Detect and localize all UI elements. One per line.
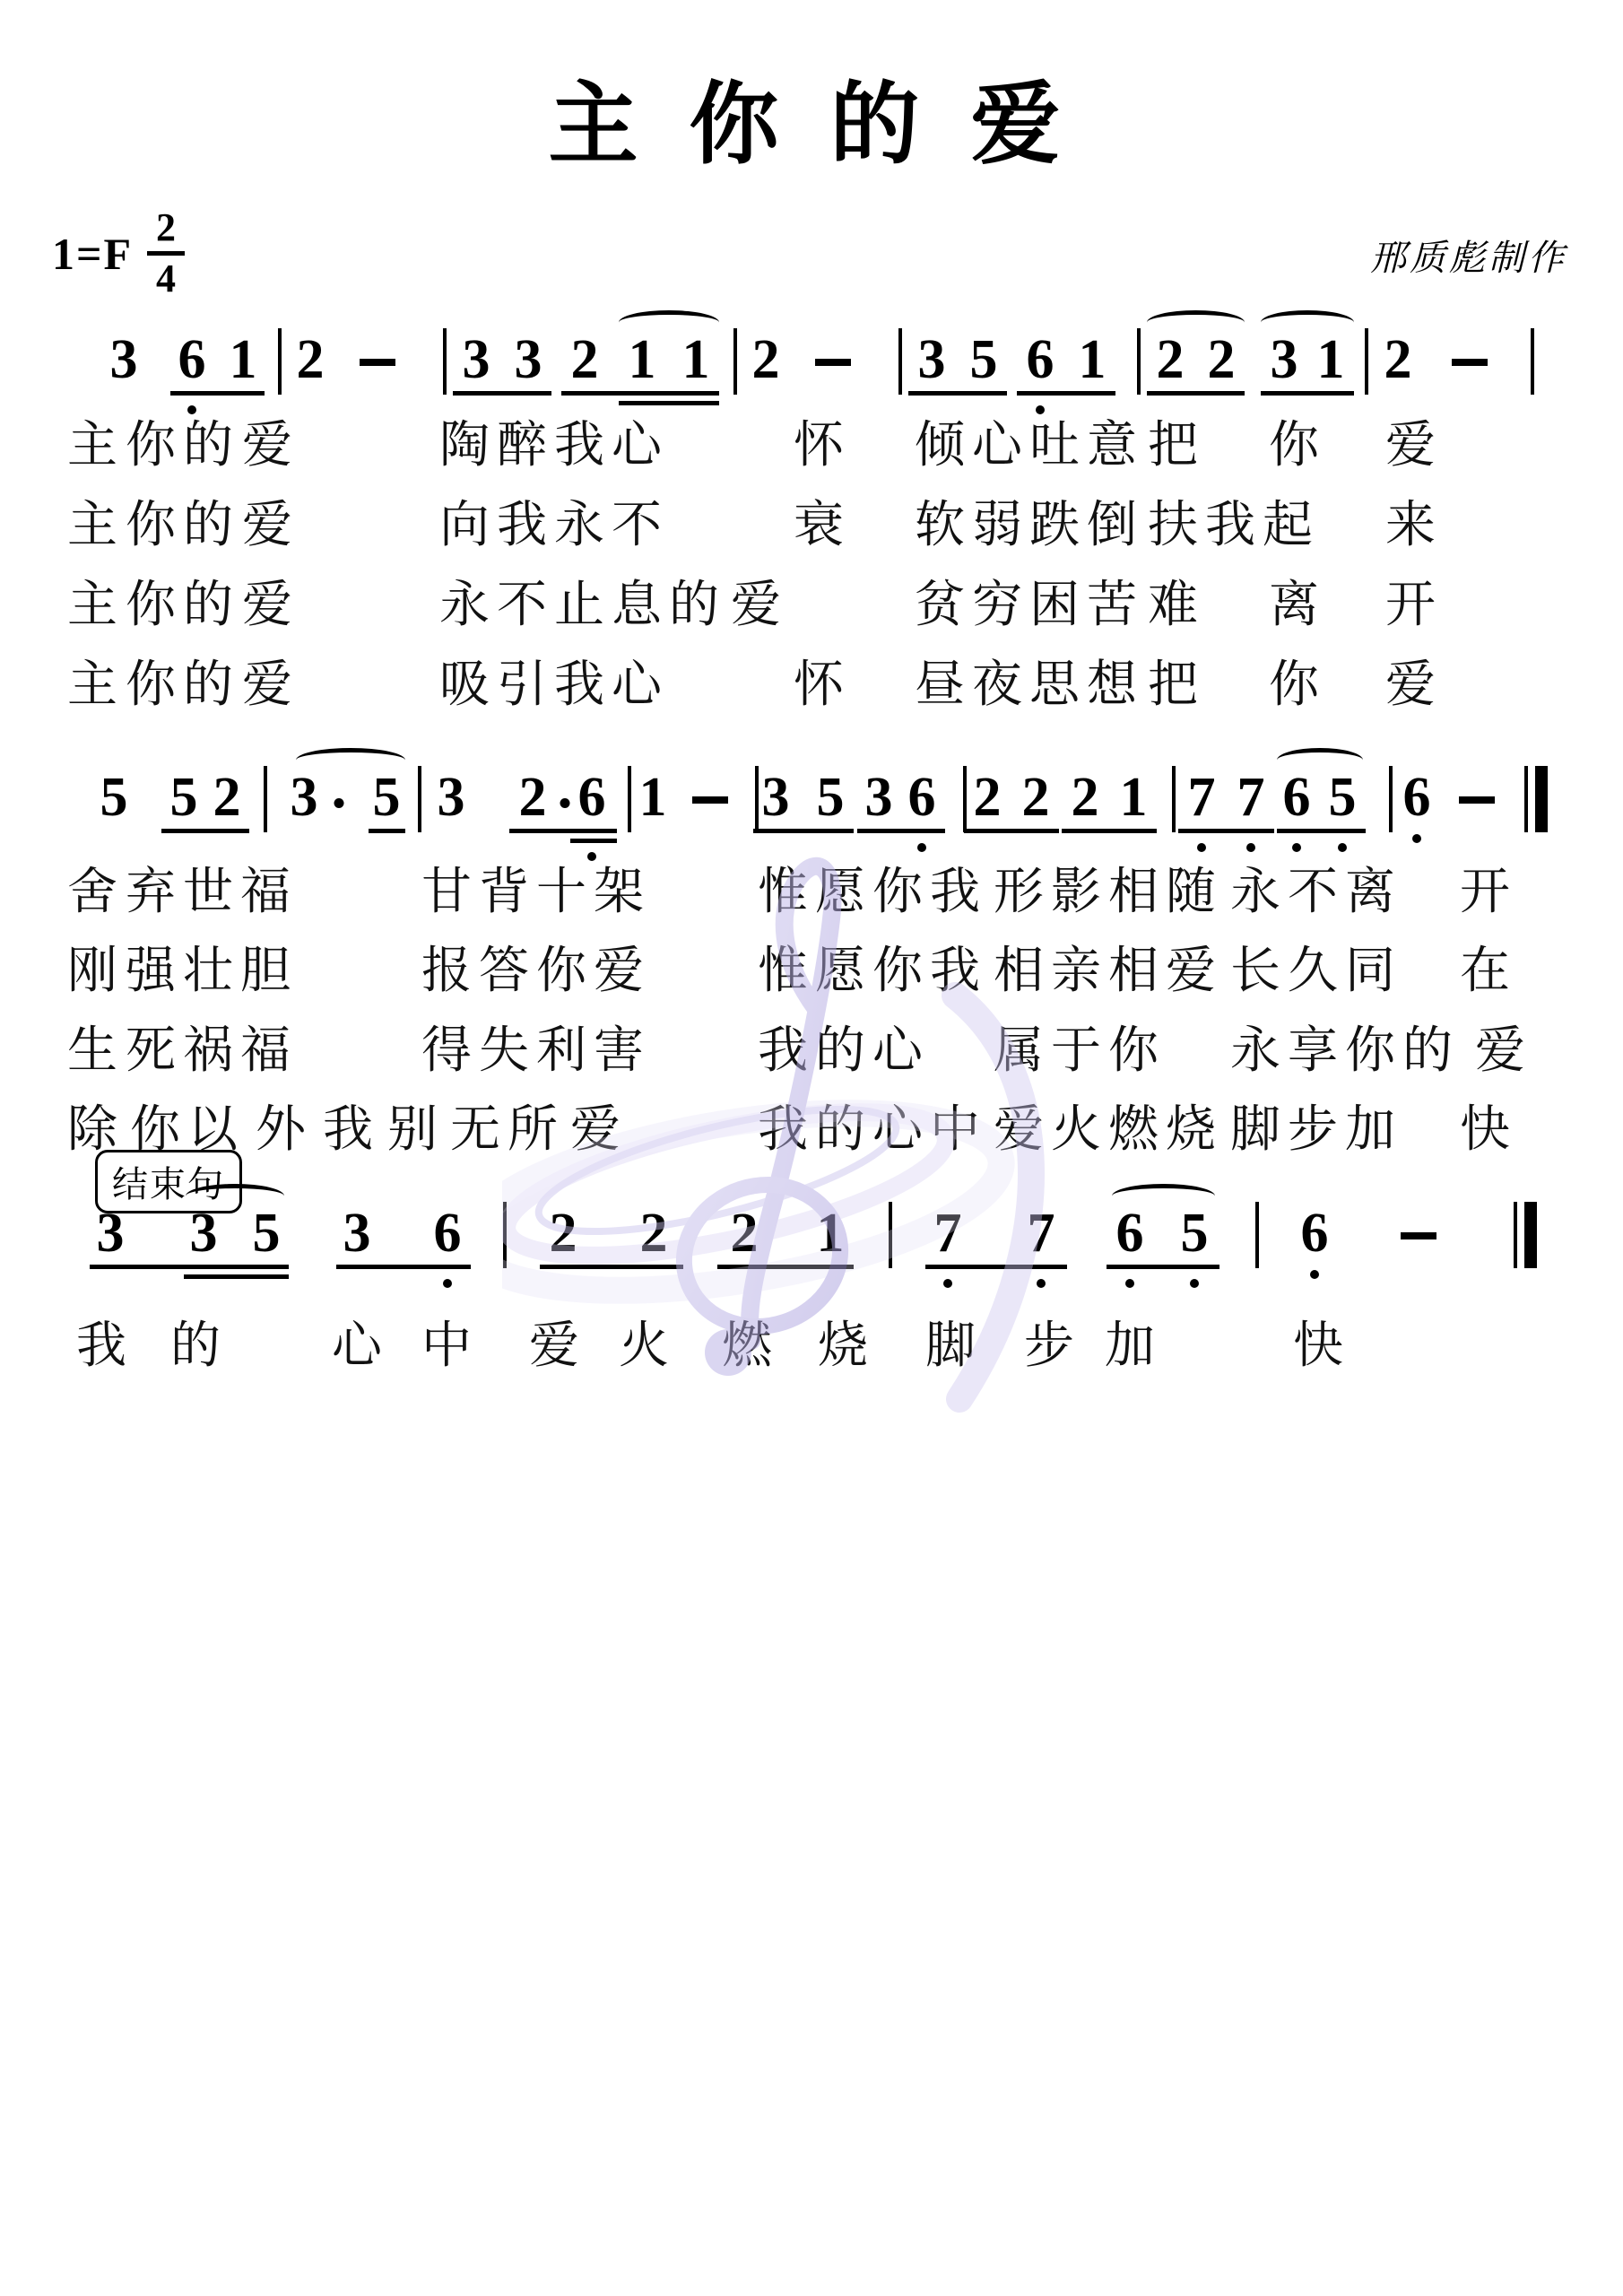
note-number: 3: [343, 1205, 371, 1261]
low-octave-dot: [443, 1279, 452, 1288]
lyric-char: 的: [183, 500, 233, 550]
barline: [963, 766, 967, 832]
note-number: 5: [100, 770, 128, 825]
sheet-music-page: 主 你 的 爱 1=F 2 4 邢质彪制作 结束句 36123321123561…: [0, 0, 1623, 2296]
slur-arc: [1261, 310, 1354, 335]
low-octave-dot: [1246, 843, 1255, 852]
lyric-char: 亲: [1051, 945, 1101, 996]
barline: [503, 1202, 507, 1268]
lyric-char: 我: [323, 1104, 373, 1154]
lyric-char: 步: [1288, 1104, 1338, 1154]
lyric-char: 的: [183, 579, 233, 630]
beam-underline: [170, 391, 265, 396]
lyric-char: 祸: [183, 1025, 233, 1075]
barline: [278, 328, 282, 395]
lyric-char: 你: [130, 1104, 180, 1154]
lyric-char: 弱: [972, 500, 1022, 550]
lyric-char: 的: [1402, 1025, 1453, 1075]
lyric-char: 我: [1205, 500, 1255, 550]
lyric-char: 相: [1108, 866, 1159, 917]
note-number: 2: [1022, 770, 1050, 825]
note-number: 3: [291, 770, 318, 825]
lyric-char: 我: [497, 500, 547, 550]
lyric-char: 爱: [1385, 420, 1436, 470]
lyric-char: 你: [126, 420, 176, 470]
note-number: 2: [640, 1205, 668, 1261]
note-number: 3: [762, 770, 790, 825]
note-number: 6: [178, 332, 206, 387]
note-number: 6: [1283, 770, 1311, 825]
lyric-char: 开: [1460, 866, 1510, 917]
lyric-char: 你: [126, 500, 176, 550]
note-number: 6: [434, 1205, 462, 1261]
low-octave-dot: [917, 843, 926, 852]
final-barline-thin: [1514, 1202, 1517, 1268]
lyric-char: 以: [187, 1104, 238, 1154]
low-octave-dot: [1412, 834, 1421, 843]
lyric-char: 享: [1288, 1025, 1338, 1075]
lyric-char: 惟: [758, 866, 808, 917]
lyric-char: 爱: [242, 659, 292, 709]
lyric-char: 不: [612, 500, 662, 550]
lyric-char: 永: [439, 579, 490, 630]
note-number: 2: [974, 770, 1002, 825]
lyric-char: 主: [67, 420, 117, 470]
lyric-char: 烧: [818, 1320, 868, 1370]
lyric-char: 长: [1230, 945, 1280, 996]
lyric-char: 你: [872, 866, 923, 917]
note-number: 1: [1079, 332, 1107, 387]
lyric-char: 外: [256, 1104, 306, 1154]
beam-underline: [908, 391, 1007, 396]
note-number: 5: [817, 770, 845, 825]
note-number: 3: [110, 332, 138, 387]
beam-underline: [1261, 391, 1354, 396]
note-number: 6: [578, 770, 606, 825]
lyric-char: 燃: [722, 1320, 772, 1370]
note-number: 2: [213, 770, 241, 825]
slur-arc: [1147, 310, 1245, 335]
lyric-char: 心: [612, 659, 662, 709]
lyric-char: 心: [872, 1025, 923, 1075]
lyric-char: 爱: [1385, 659, 1436, 709]
lyric-char: 来: [1385, 500, 1436, 550]
lyric-char: 同: [1345, 945, 1395, 996]
note-number: 3: [97, 1205, 125, 1261]
lyric-char: 属: [994, 1025, 1044, 1075]
note-number: 2: [1072, 770, 1099, 825]
lyric-char: 我: [554, 659, 604, 709]
lyric-char: 快: [1460, 1104, 1510, 1154]
lyric-char: 永: [1230, 866, 1280, 917]
lyric-char: 止: [554, 579, 604, 630]
duration-dash: [1459, 796, 1495, 804]
lyric-char: 主: [67, 500, 117, 550]
beam-underline: [1147, 391, 1245, 396]
lyric-char: 穷: [972, 579, 1022, 630]
low-octave-dot: [187, 405, 196, 414]
lyric-char: 你: [126, 579, 176, 630]
low-octave-dot: [587, 852, 596, 861]
final-barline-thin: [1524, 766, 1528, 832]
lyric-char: 开: [1385, 579, 1436, 630]
beam-underline: [753, 829, 854, 833]
lyric-char: 爱: [731, 579, 781, 630]
slur-arc: [186, 1184, 284, 1208]
note-number: 7: [1237, 770, 1265, 825]
beam-underline: [925, 1265, 1067, 1269]
beam-underline: [509, 829, 617, 833]
time-signature: 2 4: [147, 208, 185, 299]
beam-underline: [717, 1265, 854, 1269]
lyric-char: 死: [126, 1025, 176, 1075]
lyric-char: 的: [815, 1025, 865, 1075]
lyric-char: 你: [1269, 659, 1319, 709]
lyric-char: 在: [1460, 945, 1510, 996]
lyric-char: 惟: [758, 945, 808, 996]
beam-underline: [964, 829, 1059, 833]
lyric-char: 难: [1148, 579, 1198, 630]
note-number: 6: [1301, 1205, 1329, 1261]
lyric-char: 夜: [972, 659, 1022, 709]
note-number: 3: [190, 1205, 218, 1261]
beam-underline: [561, 391, 719, 396]
slur-arc: [1277, 748, 1363, 772]
meter-denominator: 4: [156, 259, 176, 299]
lyric-char: 形: [994, 866, 1044, 917]
lyric-char: 我: [930, 945, 980, 996]
lyric-char: 除: [67, 1104, 117, 1154]
lyric-char: 壮: [183, 945, 233, 996]
lyric-char: 昼: [915, 659, 965, 709]
lyric-char: 怀: [794, 659, 844, 709]
lyric-char: 害: [594, 1025, 644, 1075]
lyric-char: 吸: [439, 659, 490, 709]
beam-underline: [1107, 1265, 1219, 1269]
barline: [733, 328, 737, 395]
beam-underline: [1062, 829, 1157, 833]
note-number: 2: [731, 1205, 759, 1261]
beam-underline: [1277, 829, 1366, 833]
beam-underline: [570, 839, 617, 843]
low-octave-dot: [1292, 843, 1301, 852]
duration-dash: [692, 796, 728, 804]
key-tonic: 1=F: [52, 228, 133, 280]
lyric-char: 向: [439, 500, 490, 550]
lyric-char: 火: [619, 1320, 669, 1370]
lyric-char: 生: [67, 1025, 117, 1075]
barline: [1137, 328, 1141, 395]
lyric-char: 心: [332, 1320, 382, 1370]
note-number: 2: [550, 1205, 577, 1261]
barline: [898, 328, 902, 395]
slur-arc: [1112, 1184, 1215, 1208]
beam-underline: [619, 401, 719, 405]
note-number: 1: [1120, 770, 1148, 825]
lyric-char: 心: [972, 420, 1022, 470]
lyric-char: 胆: [240, 945, 291, 996]
barline: [755, 766, 759, 832]
lyric-char: 倾: [915, 420, 965, 470]
lyric-char: 相: [994, 945, 1044, 996]
lyric-char: 爱: [242, 579, 292, 630]
lyric-char: 爱: [594, 945, 644, 996]
lyric-char: 的: [170, 1320, 221, 1370]
lyric-char: 你: [1108, 1025, 1159, 1075]
lyric-char: 我: [758, 1025, 808, 1075]
lyric-char: 福: [240, 866, 291, 917]
barline: [1365, 328, 1368, 395]
barline: [1389, 766, 1393, 832]
note-number: 7: [934, 1205, 962, 1261]
note-number: 2: [1208, 332, 1236, 387]
lyric-char: 困: [1029, 579, 1080, 630]
lyric-char: 随: [1166, 866, 1216, 917]
note-number: 1: [817, 1205, 845, 1261]
key-signature: 1=F 2 4: [52, 208, 185, 299]
note-number: 2: [1384, 332, 1412, 387]
barline: [628, 766, 631, 832]
lyric-char: 起: [1263, 500, 1313, 550]
lyric-char: 你: [1345, 1025, 1395, 1075]
note-number: 1: [230, 332, 257, 387]
barline: [443, 328, 447, 395]
lyric-char: 我: [758, 1104, 808, 1154]
lyric-char: 烧: [1166, 1104, 1216, 1154]
lyric-char: 你: [1269, 420, 1319, 470]
lyric-char: 世: [183, 866, 233, 917]
lyric-char: 加: [1345, 1104, 1395, 1154]
lyric-char: 想: [1087, 659, 1137, 709]
lyric-char: 陶: [439, 420, 490, 470]
note-number: 7: [1028, 1205, 1055, 1261]
note-number: 3: [918, 332, 946, 387]
note-number: 2: [297, 332, 325, 387]
lyric-char: 贫: [915, 579, 965, 630]
lyric-char: 意: [1087, 420, 1137, 470]
lyric-char: 不: [1288, 866, 1338, 917]
lyric-char: 跌: [1029, 500, 1080, 550]
lyric-char: 我: [930, 866, 980, 917]
duration-dash: [1401, 1232, 1436, 1239]
note-number: 2: [752, 332, 780, 387]
low-octave-dot: [1125, 1279, 1134, 1288]
lyric-char: 倒: [1087, 500, 1137, 550]
lyric-char: 久: [1288, 945, 1338, 996]
note-number: 5: [1181, 1205, 1209, 1261]
low-octave-dot: [1037, 1279, 1046, 1288]
lyric-char: 息: [612, 579, 662, 630]
lyric-char: 不: [497, 579, 547, 630]
note-number: 5: [170, 770, 198, 825]
lyric-char: 怀: [794, 420, 844, 470]
lyric-char: 爱: [994, 1104, 1044, 1154]
lyric-char: 爱: [1166, 945, 1216, 996]
lyric-char: 中: [930, 1104, 980, 1154]
barline: [1255, 1202, 1259, 1268]
lyric-char: 你: [536, 945, 586, 996]
beam-underline: [453, 391, 551, 396]
note-number: 5: [253, 1205, 281, 1261]
lyric-char: 永: [1230, 1025, 1280, 1075]
lyric-char: 我: [554, 420, 604, 470]
lyric-char: 弃: [126, 866, 176, 917]
lyric-char: 引: [497, 659, 547, 709]
lyric-char: 衰: [794, 500, 844, 550]
lyric-char: 爱: [242, 420, 292, 470]
lyric-char: 醉: [497, 420, 547, 470]
beam-underline: [336, 1265, 471, 1269]
lyric-char: 把: [1148, 659, 1198, 709]
duration-dash: [360, 359, 395, 366]
lyric-char: 苦: [1087, 579, 1137, 630]
barline: [418, 766, 421, 832]
lyric-char: 影: [1051, 866, 1101, 917]
lyric-char: 脚: [925, 1320, 976, 1370]
lyric-char: 得: [421, 1025, 472, 1075]
lyric-char: 无: [450, 1104, 500, 1154]
lyric-char: 的: [815, 1104, 865, 1154]
lyric-char: 背: [479, 866, 529, 917]
lyric-char: 扶: [1148, 500, 1198, 550]
note-number: 1: [639, 770, 667, 825]
duration-dash: [1452, 359, 1488, 366]
credit-author: 邢质彪制作: [1370, 230, 1567, 281]
lyric-char: 心: [612, 420, 662, 470]
lyric-char: 刚: [67, 945, 117, 996]
lyric-char: 主: [67, 659, 117, 709]
lyric-char: 火: [1051, 1104, 1101, 1154]
barline: [1531, 328, 1534, 395]
lyric-char: 离: [1345, 866, 1395, 917]
lyric-char: 把: [1148, 420, 1198, 470]
lyric-char: 于: [1051, 1025, 1101, 1075]
lyric-char: 心: [872, 1104, 923, 1154]
beam-underline: [90, 1265, 289, 1269]
beam-underline: [1178, 829, 1274, 833]
lyric-char: 爱: [570, 1104, 621, 1154]
note-number: 3: [463, 332, 490, 387]
lyric-char: 步: [1024, 1320, 1074, 1370]
lyric-char: 脚: [1230, 1104, 1280, 1154]
song-title: 主 你 的 爱: [0, 52, 1623, 181]
low-octave-dot: [1338, 843, 1347, 852]
lyric-char: 舍: [67, 866, 117, 917]
barline: [264, 766, 267, 832]
note-number: 3: [1271, 332, 1298, 387]
note-number: 1: [1317, 332, 1345, 387]
lyric-char: 燃: [1108, 1104, 1159, 1154]
lyric-char: 思: [1029, 659, 1080, 709]
lyric-char: 你: [126, 659, 176, 709]
lyric-char: 的: [183, 659, 233, 709]
lyric-char: 吐: [1029, 420, 1080, 470]
note-number: 2: [571, 332, 599, 387]
beam-underline: [540, 1265, 683, 1269]
lyric-char: 报: [421, 945, 472, 996]
final-barline-thick: [1524, 1202, 1537, 1268]
note-number: 1: [682, 332, 710, 387]
lyric-char: 利: [536, 1025, 586, 1075]
lyric-char: 所: [508, 1104, 558, 1154]
note-number: 5: [1329, 770, 1357, 825]
low-octave-dot: [943, 1279, 952, 1288]
note-number: 1: [629, 332, 656, 387]
note-number: 6: [1027, 332, 1055, 387]
lyric-char: 答: [479, 945, 529, 996]
lyric-char: 的: [669, 579, 719, 630]
lyric-char: 福: [240, 1025, 291, 1075]
slur-arc: [619, 310, 719, 335]
lyric-char: 快: [1293, 1320, 1343, 1370]
lyric-char: 强: [126, 945, 176, 996]
final-barline-thick: [1535, 766, 1548, 832]
lyric-char: 爱: [529, 1320, 579, 1370]
lyric-char: 相: [1108, 945, 1159, 996]
lyric-char: 愿: [815, 945, 865, 996]
lyric-char: 架: [594, 866, 644, 917]
lyric-char: 的: [183, 420, 233, 470]
low-octave-dot: [1190, 1279, 1199, 1288]
lyric-char: 爱: [1475, 1025, 1525, 1075]
beam-underline: [1017, 391, 1115, 396]
low-octave-dot: [1036, 405, 1045, 414]
note-number: 3: [438, 770, 465, 825]
note-number: 6: [908, 770, 936, 825]
dotted-note-dot: [334, 798, 344, 808]
lyric-char: 失: [479, 1025, 529, 1075]
beam-underline: [161, 829, 249, 833]
lyric-char: 软: [915, 500, 965, 550]
meter-numerator: 2: [156, 208, 176, 248]
barline: [889, 1202, 892, 1268]
beam-underline: [369, 829, 405, 833]
note-number: 2: [519, 770, 547, 825]
lyric-char: 你: [872, 945, 923, 996]
barline: [1172, 766, 1176, 832]
note-number: 7: [1188, 770, 1216, 825]
lyric-char: 我: [76, 1320, 126, 1370]
low-octave-dot: [1197, 843, 1206, 852]
beam-underline: [184, 1274, 289, 1279]
lyric-char: 中: [421, 1320, 472, 1370]
beam-underline: [857, 829, 945, 833]
note-number: 3: [515, 332, 542, 387]
lyric-char: 十: [536, 866, 586, 917]
lyric-char: 爱: [242, 500, 292, 550]
dotted-note-dot: [560, 798, 570, 808]
lyric-char: 主: [67, 579, 117, 630]
duration-dash: [815, 359, 851, 366]
note-number: 3: [865, 770, 893, 825]
lyric-char: 加: [1105, 1320, 1155, 1370]
low-octave-dot: [1310, 1270, 1319, 1279]
lyric-char: 甘: [421, 866, 472, 917]
note-number: 5: [970, 332, 998, 387]
slur-arc: [296, 748, 405, 772]
lyric-char: 别: [387, 1104, 438, 1154]
lyric-char: 离: [1269, 579, 1319, 630]
note-number: 2: [1157, 332, 1185, 387]
note-number: 6: [1116, 1205, 1144, 1261]
lyric-char: 永: [554, 500, 604, 550]
meter-fraction-line: [147, 251, 185, 256]
note-number: 6: [1403, 770, 1431, 825]
note-number: 5: [373, 770, 401, 825]
lyric-char: 愿: [815, 866, 865, 917]
